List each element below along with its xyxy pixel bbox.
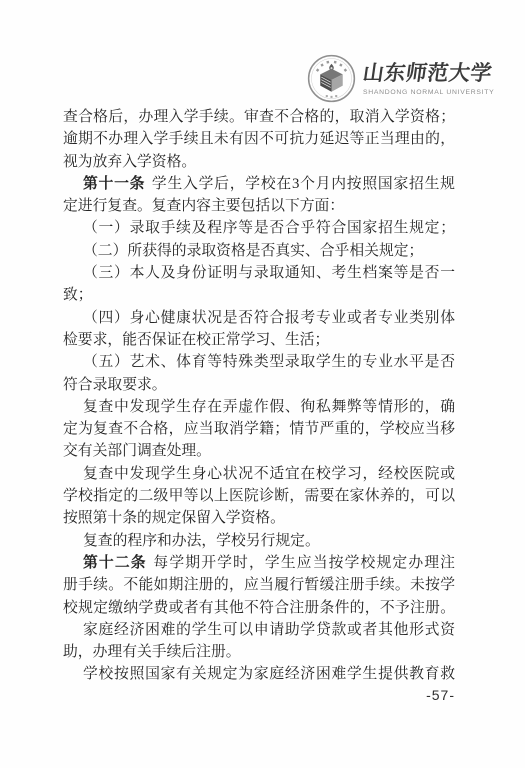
line-text: （三）本人及身份证明与录取通知、考生档案等是否一 (83, 265, 455, 281)
text-line: 复查的程序和办法，学校另行规定。 (63, 530, 455, 552)
line-text: 交有关部门调查处理。 (63, 443, 211, 459)
text-line: 复查中发现学生存在弄虚作假、徇私舞弊等情形的，确 (63, 396, 455, 418)
text-line: 助，办理有关手续后注册。 (63, 641, 455, 663)
text-line: （一）录取手续及程序等是否合乎符合国家招生规定； (63, 217, 455, 239)
text-line: 复查中发现学生身心状况不适宜在校学习，经校医院或 (63, 463, 455, 485)
text-line: 册手续。不能如期注册的，应当履行暂缓注册手续。未按学 (63, 574, 455, 596)
line-text: 助，办理有关手续后注册。 (63, 644, 241, 660)
line-text: 每学期开学时，学生应当按学校规定办理注 (153, 555, 455, 571)
text-line: 致； (63, 284, 455, 306)
line-text: 按照第十条的规定保留入学资格。 (63, 510, 285, 526)
line-text: 符合录取要求。 (63, 377, 167, 393)
line-text: 查合格后，办理入学手续。审查不合格的，取消入学资格； (63, 109, 455, 125)
document-body: 查合格后，办理入学手续。审查不合格的，取消入学资格；逾期不办理入学手续且未有因不… (63, 106, 455, 686)
university-logo: 山东师范大学 SHANDONG NORMAL UNIVERSITY (307, 54, 494, 103)
line-text: 学校按照国家有关规定为家庭经济困难学生提供教育救 (83, 666, 455, 682)
line-text: 复查中发现学生身心状况不适宜在校学习，经校医院或 (83, 466, 455, 482)
line-text: 检要求，能否保证在校正常学习、生活； (63, 332, 329, 348)
text-line: 第十二条每学期开学时，学生应当按学校规定办理注 (63, 552, 455, 574)
line-text: 校规定缴纳学费或者有其他不符合注册条件的，不予注册。 (63, 600, 455, 616)
line-text: 定进行复查。复查内容主要包括以下方面： (63, 198, 344, 214)
line-text: 致； (63, 287, 93, 303)
line-text: （一）录取手续及程序等是否合乎符合国家招生规定； (83, 220, 455, 236)
article-number: 第十一条 (83, 176, 145, 192)
university-name-zh: 山东师范大学 (361, 61, 496, 85)
line-text: （四）身心健康状况是否符合报考专业或者专业类别体 (83, 310, 455, 326)
line-text: 册手续。不能如期注册的，应当履行暂缓注册手续。未按学 (63, 577, 455, 593)
line-text: 复查中发现学生存在弄虚作假、徇私舞弊等情形的，确 (83, 399, 455, 415)
university-wordmark: 山东师范大学 SHANDONG NORMAL UNIVERSITY (363, 61, 494, 95)
line-text: 视为放弃入学资格。 (63, 154, 196, 170)
text-line: （三）本人及身份证明与录取通知、考生档案等是否一 (63, 262, 455, 284)
text-line: 定为复查不合格，应当取消学籍；情节严重的，学校应当移 (63, 418, 455, 440)
line-text: 学生入学后，学校在3个月内按照国家招生规 (152, 176, 455, 192)
text-line: 学校按照国家有关规定为家庭经济困难学生提供教育救 (63, 663, 455, 685)
text-line: 检要求，能否保证在校正常学习、生活； (63, 329, 455, 351)
university-name-en: SHANDONG NORMAL UNIVERSITY (363, 89, 494, 96)
line-text: 逾期不办理入学手续且未有因不可抗力延迟等正当理由的， (63, 131, 455, 147)
text-line: 查合格后，办理入学手续。审查不合格的，取消入学资格； (63, 106, 455, 128)
line-text: 定为复查不合格，应当取消学籍；情节严重的，学校应当移 (63, 421, 455, 437)
university-seal-icon (307, 54, 356, 103)
text-line: 按照第十条的规定保留入学资格。 (63, 507, 455, 529)
line-text: 复查的程序和办法，学校另行规定。 (83, 533, 320, 549)
text-line: 视为放弃入学资格。 (63, 151, 455, 173)
text-line: （五）艺术、体育等特殊类型录取学生的专业水平是否 (63, 351, 455, 373)
text-line: 逾期不办理入学手续且未有因不可抗力延迟等正当理由的， (63, 128, 455, 150)
text-line: 符合录取要求。 (63, 374, 455, 396)
text-line: 交有关部门调查处理。 (63, 440, 455, 462)
text-line: （二）所获得的录取资格是否真实、合乎相关规定； (63, 240, 455, 262)
text-line: 家庭经济困难的学生可以申请助学贷款或者其他形式资 (63, 619, 455, 641)
line-text: （五）艺术、体育等特殊类型录取学生的专业水平是否 (83, 354, 455, 370)
text-line: （四）身心健康状况是否符合报考专业或者专业类别体 (63, 307, 455, 329)
line-text: 学校指定的二级甲等以上医院诊断，需要在家休养的，可以 (63, 488, 455, 504)
page-number: -57- (426, 687, 455, 703)
text-line: 校规定缴纳学费或者有其他不符合注册条件的，不予注册。 (63, 597, 455, 619)
line-text: 家庭经济困难的学生可以申请助学贷款或者其他形式资 (83, 622, 455, 638)
text-line: 学校指定的二级甲等以上医院诊断，需要在家休养的，可以 (63, 485, 455, 507)
document-page: 山东师范大学 SHANDONG NORMAL UNIVERSITY 查合格后，办… (0, 0, 525, 768)
article-number: 第十二条 (83, 555, 147, 571)
text-line: 第十一条学生入学后，学校在3个月内按照国家招生规 (63, 173, 455, 195)
line-text: （二）所获得的录取资格是否真实、合乎相关规定； (83, 243, 423, 259)
text-line: 定进行复查。复查内容主要包括以下方面： (63, 195, 455, 217)
